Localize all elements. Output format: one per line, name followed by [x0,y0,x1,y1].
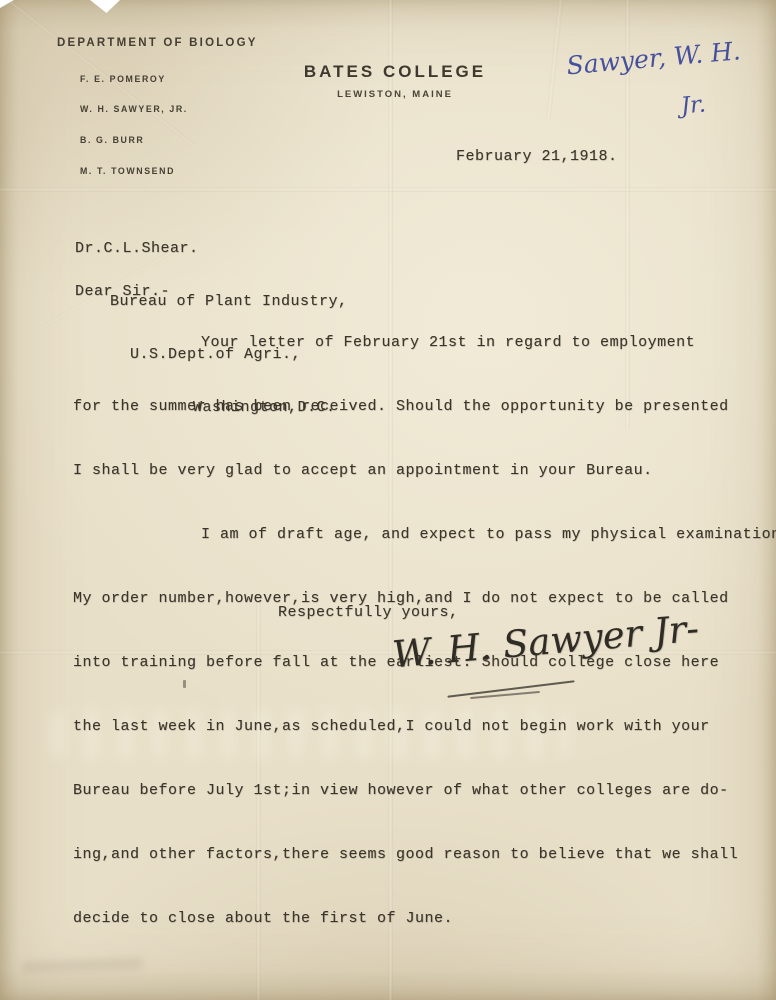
body-line: ing,and other factors,there seems good r… [73,846,763,876]
body-line: Your letter of February 21st in regard t… [73,334,763,364]
body-line: I shall be very glad to accept an appoin… [73,462,763,492]
letterhead-department: DEPARTMENT OF BIOLOGY [57,37,258,49]
body-line: Bureau before July 1st;in view however o… [73,782,763,812]
torn-edge-notch [90,0,120,13]
body-line: I am of draft age, and expect to pass my… [73,526,763,556]
torn-edge-notch [0,0,14,8]
staff-name: M. T. TOWNSEND [80,166,188,176]
closing: Respectfully yours, [278,604,459,621]
staff-name: B. G. BURR [80,135,188,145]
body-line: for the summer has been received. Should… [73,398,763,428]
annotation-name: Sawyer, W. H. [565,36,741,80]
scanned-letter-page: DEPARTMENT OF BIOLOGY F. E. POMEROY W. H… [0,0,776,1000]
date-line: February 21,1918. [456,148,618,165]
ink-speck [183,680,186,688]
address-line: Dr.C.L.Shear. [75,240,348,259]
staff-name: W. H. SAWYER, JR. [80,104,188,114]
body-line: the last week in June,as scheduled,I cou… [73,718,763,748]
salutation: Dear Sir.- [75,283,170,300]
body-line: decide to close about the first of June. [73,910,763,940]
annotation-suffix: Jr. [680,88,746,119]
